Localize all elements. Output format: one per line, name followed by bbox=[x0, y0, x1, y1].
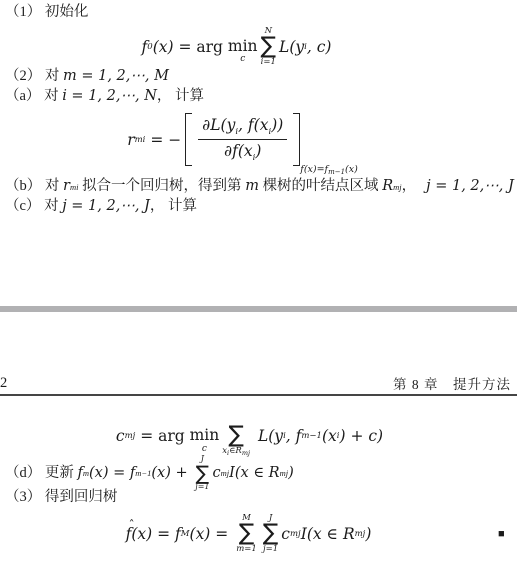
math-token: ∂L(y bbox=[202, 116, 235, 134]
step-bullet: （c） bbox=[5, 197, 40, 215]
step-text: 初始化 bbox=[41, 3, 88, 21]
math-token: c bbox=[116, 427, 125, 445]
math-subscript: mj bbox=[125, 431, 136, 441]
math-subscript: mj bbox=[221, 464, 230, 482]
math-subscript: mj bbox=[280, 464, 289, 482]
algo-step-2: （2） 对 m = 1, 2,⋯, M bbox=[5, 67, 169, 85]
step-bullet: （2） bbox=[5, 67, 41, 85]
math-subscript: mj bbox=[355, 529, 366, 539]
sum-operator: N∑i=1 bbox=[261, 27, 277, 68]
min-understack: minc bbox=[190, 427, 220, 453]
math-token: min bbox=[190, 427, 220, 444]
math-token: = bbox=[135, 427, 158, 445]
math-token: min bbox=[228, 38, 258, 55]
right-bracket-icon bbox=[293, 113, 300, 166]
math-subscript: c bbox=[202, 445, 207, 454]
sigma-icon: ∑ bbox=[261, 36, 277, 58]
step-bullet: （b） bbox=[5, 177, 41, 195]
sum-operator: J∑j=1 bbox=[263, 514, 279, 555]
math-token: r bbox=[127, 131, 134, 149]
math-token: R bbox=[343, 525, 355, 543]
chapter-title: 第 8 章 提升方法 bbox=[393, 373, 511, 393]
math-token: arg bbox=[158, 427, 190, 445]
hat-accent-icon: ˆ bbox=[129, 518, 135, 532]
step-text: ， bbox=[402, 177, 417, 195]
sum-lower-limit: i=1 bbox=[261, 58, 276, 67]
math-subscript: M bbox=[181, 529, 190, 539]
math-token: j = 1, 2,⋯, J bbox=[62, 197, 150, 215]
math-token: = − bbox=[145, 131, 181, 149]
math-token: L(y bbox=[253, 427, 283, 445]
fraction: ∂L(yi, f(xi))∂f(xi) bbox=[196, 113, 289, 166]
step-text: 对 bbox=[41, 177, 63, 195]
sum-operator: ∑xi∈Rmj bbox=[222, 425, 250, 457]
math-token: ) bbox=[255, 142, 261, 160]
evaluation-condition: f(x)=fm−1(x) bbox=[300, 164, 358, 176]
header-rule bbox=[0, 394, 517, 396]
sum-lower-limit: j=1 bbox=[263, 545, 278, 554]
step-text: 拟合一个回归树，得到第 bbox=[78, 177, 245, 195]
sum-lower-limit: m=1 bbox=[236, 545, 257, 554]
step-text: 对 bbox=[40, 197, 62, 215]
math-subscript: mj bbox=[393, 178, 402, 196]
math-token: (x) = bbox=[190, 525, 234, 543]
algo-step-b: （b） 对 rmi 拟合一个回归树，得到第 m 棵树的叶结点区域 Rmj，j =… bbox=[5, 177, 514, 196]
sigma-icon: ∑ bbox=[239, 523, 255, 545]
math-subscript: c bbox=[240, 55, 245, 64]
math-token: (x bbox=[322, 427, 337, 445]
step-text: 更新 bbox=[41, 464, 77, 482]
math-token: (x) = bbox=[89, 464, 130, 482]
step-text: 棵树的叶结点区域 bbox=[259, 177, 382, 195]
math-token: c bbox=[213, 464, 221, 482]
math-token: (x) = bbox=[131, 525, 175, 543]
sigma-icon: ∑ bbox=[263, 523, 279, 545]
math-token: R bbox=[382, 177, 393, 195]
fraction-denominator: ∂f(xi) bbox=[224, 140, 261, 163]
math-token: ) + c) bbox=[339, 427, 383, 445]
math-token: c bbox=[281, 525, 290, 543]
math-subscript: mi bbox=[135, 135, 146, 145]
f-hat: fˆ bbox=[126, 525, 132, 543]
math-token: (x) = bbox=[153, 38, 197, 56]
sigma-icon: ∑ bbox=[228, 425, 244, 447]
sum-operator: M∑m=1 bbox=[236, 514, 257, 555]
math-token: )) bbox=[271, 116, 283, 134]
algo-step-c: （c） 对 j = 1, 2,⋯, J， 计算 bbox=[5, 197, 197, 215]
math-token: f(x)=f bbox=[300, 164, 328, 175]
fraction-numerator: ∂L(yi, f(xi)) bbox=[198, 116, 287, 140]
step-text: 对 bbox=[40, 87, 62, 105]
math-token: , f(x bbox=[238, 116, 268, 134]
step-bullet: （3） bbox=[5, 488, 41, 506]
formula-f0: f0(x) = arg mincN∑i=1L(yi, c) bbox=[0, 27, 495, 68]
step-bullet: （d） bbox=[5, 464, 41, 482]
math-token: ) bbox=[365, 525, 371, 543]
math-subscript: mj bbox=[290, 529, 301, 539]
math-token: (x) bbox=[345, 164, 358, 175]
math-token: arg bbox=[196, 38, 228, 56]
formula-cmj: cmj = arg minc∑xi∈Rmj L(yi, fm−1(xi) + c… bbox=[0, 416, 508, 457]
math-token: L(y bbox=[279, 38, 304, 56]
algo-step-3: （3） 得到回归树 bbox=[5, 488, 117, 506]
algo-step-d: （d） 更新 fm(x) = fm−1(x) + J∑j=1cmjI(x ∈ R… bbox=[5, 455, 294, 491]
math-token: ∂f(x bbox=[224, 142, 253, 160]
end-of-proof-icon: ■ bbox=[498, 529, 505, 540]
min-understack: minc bbox=[228, 38, 258, 64]
algo-step-a: （a） 对 i = 1, 2,⋯, N， 计算 bbox=[5, 87, 204, 105]
formula-final: fˆ(x) = fM(x) = M∑m=1J∑j=1cmjI(x ∈ Rmj) bbox=[0, 514, 507, 555]
math-subscript: m−1 bbox=[135, 464, 151, 482]
math-token: ) bbox=[288, 464, 294, 482]
step-bullet: （a） bbox=[5, 87, 40, 105]
bracket-group: ∂L(yi, f(xi))∂f(xi)f(x)=fm−1(x) bbox=[185, 113, 358, 166]
math-token: m bbox=[245, 177, 259, 195]
page-break-divider bbox=[0, 306, 517, 312]
math-token: j = 1, 2,⋯, J bbox=[426, 177, 514, 195]
math-token: (x ∈ bbox=[235, 464, 269, 482]
math-subscript: m−1 bbox=[328, 168, 345, 176]
sigma-icon: ∑ bbox=[196, 464, 209, 483]
step-bullet: （1） bbox=[5, 3, 41, 21]
step-text: 得到回归树 bbox=[41, 488, 117, 506]
math-token: , c) bbox=[307, 38, 332, 56]
algo-step-1: （1） 初始化 bbox=[5, 3, 88, 21]
step-text: ， 计算 bbox=[157, 87, 204, 105]
math-subscript: mi bbox=[70, 178, 79, 196]
sum-lower-limit: j=1 bbox=[195, 483, 209, 492]
step-text: ， 计算 bbox=[150, 197, 197, 215]
sum-operator: J∑j=1 bbox=[195, 455, 209, 492]
math-token: r bbox=[63, 177, 70, 195]
math-token: (x) + bbox=[151, 464, 192, 482]
left-bracket-icon bbox=[185, 113, 192, 166]
math-token: m = 1, 2,⋯, M bbox=[63, 67, 169, 85]
math-token: i = 1, 2,⋯, N bbox=[62, 87, 157, 105]
math-token: , f bbox=[286, 427, 302, 445]
formula-rmi: rmi = −∂L(yi, f(xi))∂f(xi)f(x)=fm−1(x) bbox=[0, 113, 501, 166]
page-number: 2 bbox=[0, 375, 7, 392]
math-token: R bbox=[269, 464, 280, 482]
math-token: (x ∈ bbox=[307, 525, 343, 543]
book-page: （1） 初始化 f0(x) = arg mincN∑i=1L(yi, c) （2… bbox=[0, 0, 517, 574]
math-subscript: m−1 bbox=[301, 431, 322, 441]
step-text: 对 bbox=[41, 67, 63, 85]
